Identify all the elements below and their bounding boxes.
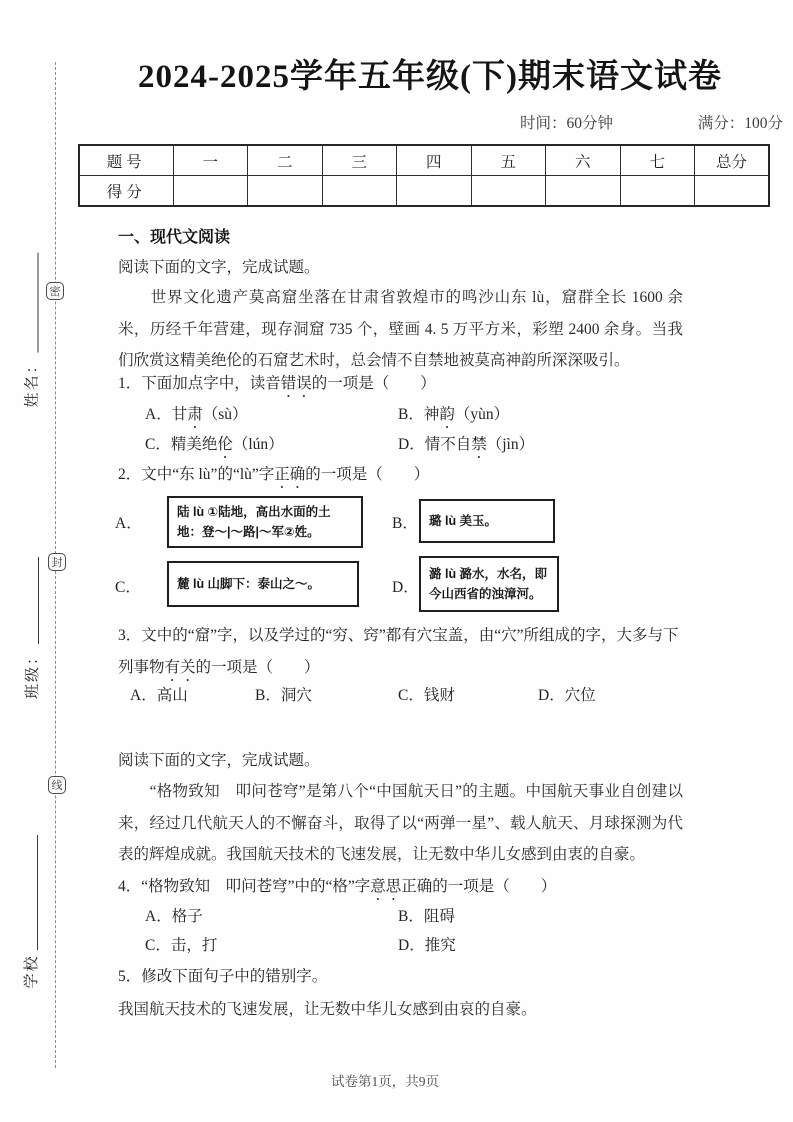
question-5-stem: 5．修改下面句子中的错别字。 bbox=[118, 964, 327, 986]
seal-char-mi: 密 bbox=[46, 282, 64, 300]
q1-d-dotted: 禁 bbox=[471, 436, 487, 453]
school-field-label: 学校 bbox=[20, 955, 41, 989]
q4-option-a: A．格子 bbox=[145, 904, 203, 926]
reading1-intro: 阅读下面的文字，完成试题。 bbox=[118, 255, 320, 277]
q1-b-dotted: 韵 bbox=[439, 406, 455, 423]
score-cell bbox=[322, 176, 397, 207]
q4-stem-post: 正确的一项是（ ） bbox=[401, 878, 556, 895]
col-5: 五 bbox=[471, 145, 546, 176]
q3-stem-post: 的一项是（ ） bbox=[196, 659, 320, 676]
q2-a-label: A． bbox=[115, 511, 142, 533]
class-field: 班级： bbox=[19, 557, 43, 699]
score-table-score-row: 得分 bbox=[79, 176, 769, 207]
col-6: 六 bbox=[546, 145, 621, 176]
question-3-stem: 3．文中的“窟”字，以及学过的“穷、窍”都有穴宝盖，由“穴”所组成的字，大多与下… bbox=[118, 620, 680, 685]
name-field-label: 姓名： bbox=[20, 356, 41, 407]
q2-c-text: 麓 lù 山脚下：泰山之～。 bbox=[177, 574, 320, 594]
q2-c-dictionary-box: 麓 lù 山脚下：泰山之～。 bbox=[167, 561, 359, 607]
q3-stem-dotted: 有关 bbox=[165, 659, 196, 676]
score-label: 得分 bbox=[79, 176, 173, 207]
q1-c-post: （lún） bbox=[233, 436, 284, 453]
q1-d-pre: D．情不自 bbox=[398, 436, 471, 453]
page-title: 2024-2025学年五年级(下)期末语文试卷 bbox=[85, 50, 775, 97]
score-table-header-row: 题号 一 二 三 四 五 六 七 总分 bbox=[79, 145, 769, 176]
q2-d-text: 潞 lù 潞水，水名，即今山西省的浊漳河。 bbox=[429, 564, 549, 604]
question-4-stem: 4．“格物致知 叩问苍穹”中的“格”字意思正确的一项是（ ） bbox=[118, 874, 556, 904]
col-7: 七 bbox=[620, 145, 695, 176]
col-2: 二 bbox=[248, 145, 323, 176]
score-cell bbox=[695, 176, 770, 207]
q2-d-dictionary-box: 潞 lù 潞水，水名，即今山西省的浊漳河。 bbox=[419, 556, 559, 612]
col-3: 三 bbox=[322, 145, 397, 176]
q1-option-b: B．神韵（yùn） bbox=[398, 402, 509, 432]
seal-char-feng: 封 bbox=[48, 553, 66, 571]
seal-char-xian: 线 bbox=[48, 776, 66, 794]
school-field: 学校 bbox=[18, 833, 42, 991]
score-cell bbox=[397, 176, 472, 207]
q2-stem-pre: 2．文中“东 lù”的“lù”字 bbox=[118, 466, 274, 483]
q1-c-pre: C．精美绝 bbox=[145, 436, 217, 453]
q1-b-pre: B．神 bbox=[398, 406, 439, 423]
question-number-label: 题号 bbox=[79, 145, 173, 176]
score-cell bbox=[620, 176, 695, 207]
q1-option-d: D．情不自禁（jìn） bbox=[398, 432, 534, 462]
q5-sentence: 我国航天技术的飞速发展，让无数中华儿女感到由哀的自豪。 bbox=[118, 997, 537, 1019]
score-cell bbox=[546, 176, 621, 207]
q4-option-b: B．阻碍 bbox=[398, 904, 455, 926]
q1-d-post: （jìn） bbox=[487, 436, 534, 453]
q2-c-label: C． bbox=[115, 575, 141, 597]
col-4: 四 bbox=[397, 145, 472, 176]
time-limit: 时间：60分钟 bbox=[520, 111, 613, 133]
q1-stem-post: 的一项是（ ） bbox=[312, 375, 436, 392]
name-fill-line bbox=[23, 253, 38, 353]
q3-option-d: D．穴位 bbox=[538, 683, 596, 705]
q1-option-a: A．甘肃（sù） bbox=[145, 402, 248, 432]
q1-option-c: C．精美绝伦（lún） bbox=[145, 432, 284, 462]
q2-b-dictionary-box: 璐 lù 美玉。 bbox=[419, 499, 555, 543]
reading1-passage: 世界文化遗产莫高窟坐落在甘肃省敦煌市的鸣沙山东 lù，窟群全长 1600 余米，… bbox=[118, 282, 683, 377]
q2-stem-dotted: 正确 bbox=[274, 466, 305, 483]
q2-a-dictionary-box: 陆 lù ①陆地，高出水面的土地：登～|～路|～军②姓。 bbox=[167, 496, 363, 548]
q4-option-d: D．推究 bbox=[398, 933, 456, 955]
col-total: 总分 bbox=[695, 145, 770, 176]
page-footer: 试卷第1页，共9页 bbox=[85, 1070, 685, 1090]
q2-b-label: B． bbox=[392, 511, 418, 533]
score-cell bbox=[248, 176, 323, 207]
full-score: 满分：100分 bbox=[698, 111, 783, 133]
q1-b-post: （yùn） bbox=[455, 406, 509, 423]
q2-a-text: 陆 lù ①陆地，高出水面的土地：登～|～路|～军②姓。 bbox=[177, 502, 353, 542]
q1-stem-pre: 1．下面加点字中，读音 bbox=[118, 375, 281, 392]
q2-d-label: D． bbox=[392, 575, 419, 597]
q1-a-dotted: 肃 bbox=[187, 406, 203, 423]
section-heading: 一、现代文阅读 bbox=[118, 224, 230, 247]
q3-option-c: C．钱财 bbox=[398, 683, 455, 705]
q1-a-pre: A．甘 bbox=[145, 406, 187, 423]
q3-option-a: A．高山 bbox=[130, 683, 188, 705]
q4-stem-dotted: 意思 bbox=[370, 878, 401, 895]
school-fill-line bbox=[22, 836, 37, 951]
exam-meta: 时间：60分钟 满分：100分 bbox=[520, 111, 783, 133]
q1-a-post: （sù） bbox=[203, 406, 248, 423]
reading2-intro: 阅读下面的文字，完成试题。 bbox=[118, 748, 320, 770]
q1-c-dotted: 伦 bbox=[217, 436, 233, 453]
q2-stem-post: 的一项是（ ） bbox=[305, 466, 429, 483]
name-field: 姓名： bbox=[19, 253, 43, 408]
exam-page: 密 封 线 姓名： 班级： 学校 2024-2025学年五年级(下)期末语文试卷… bbox=[0, 0, 793, 1122]
score-cell bbox=[471, 176, 546, 207]
reading2-passage: “格物致知 叩问苍穹”是第八个“中国航天日”的主题。中国航天事业自创建以来，经过… bbox=[118, 776, 683, 871]
q3-option-b: B．洞穴 bbox=[255, 683, 312, 705]
score-table: 题号 一 二 三 四 五 六 七 总分 得分 bbox=[78, 144, 770, 207]
q4-stem-pre: 4．“格物致知 叩问苍穹”中的“格”字 bbox=[118, 878, 370, 895]
question-2-stem: 2．文中“东 lù”的“lù”字正确的一项是（ ） bbox=[118, 462, 429, 492]
q4-option-c: C．击，打 bbox=[145, 933, 217, 955]
q2-b-text: 璐 lù 美玉。 bbox=[429, 511, 497, 531]
class-fill-line bbox=[23, 557, 38, 644]
col-1: 一 bbox=[173, 145, 248, 176]
score-cell bbox=[173, 176, 248, 207]
question-1-stem: 1．下面加点字中，读音错误的一项是（ ） bbox=[118, 371, 436, 401]
class-field-label: 班级： bbox=[21, 648, 42, 699]
q1-stem-dotted: 错误 bbox=[281, 375, 312, 392]
